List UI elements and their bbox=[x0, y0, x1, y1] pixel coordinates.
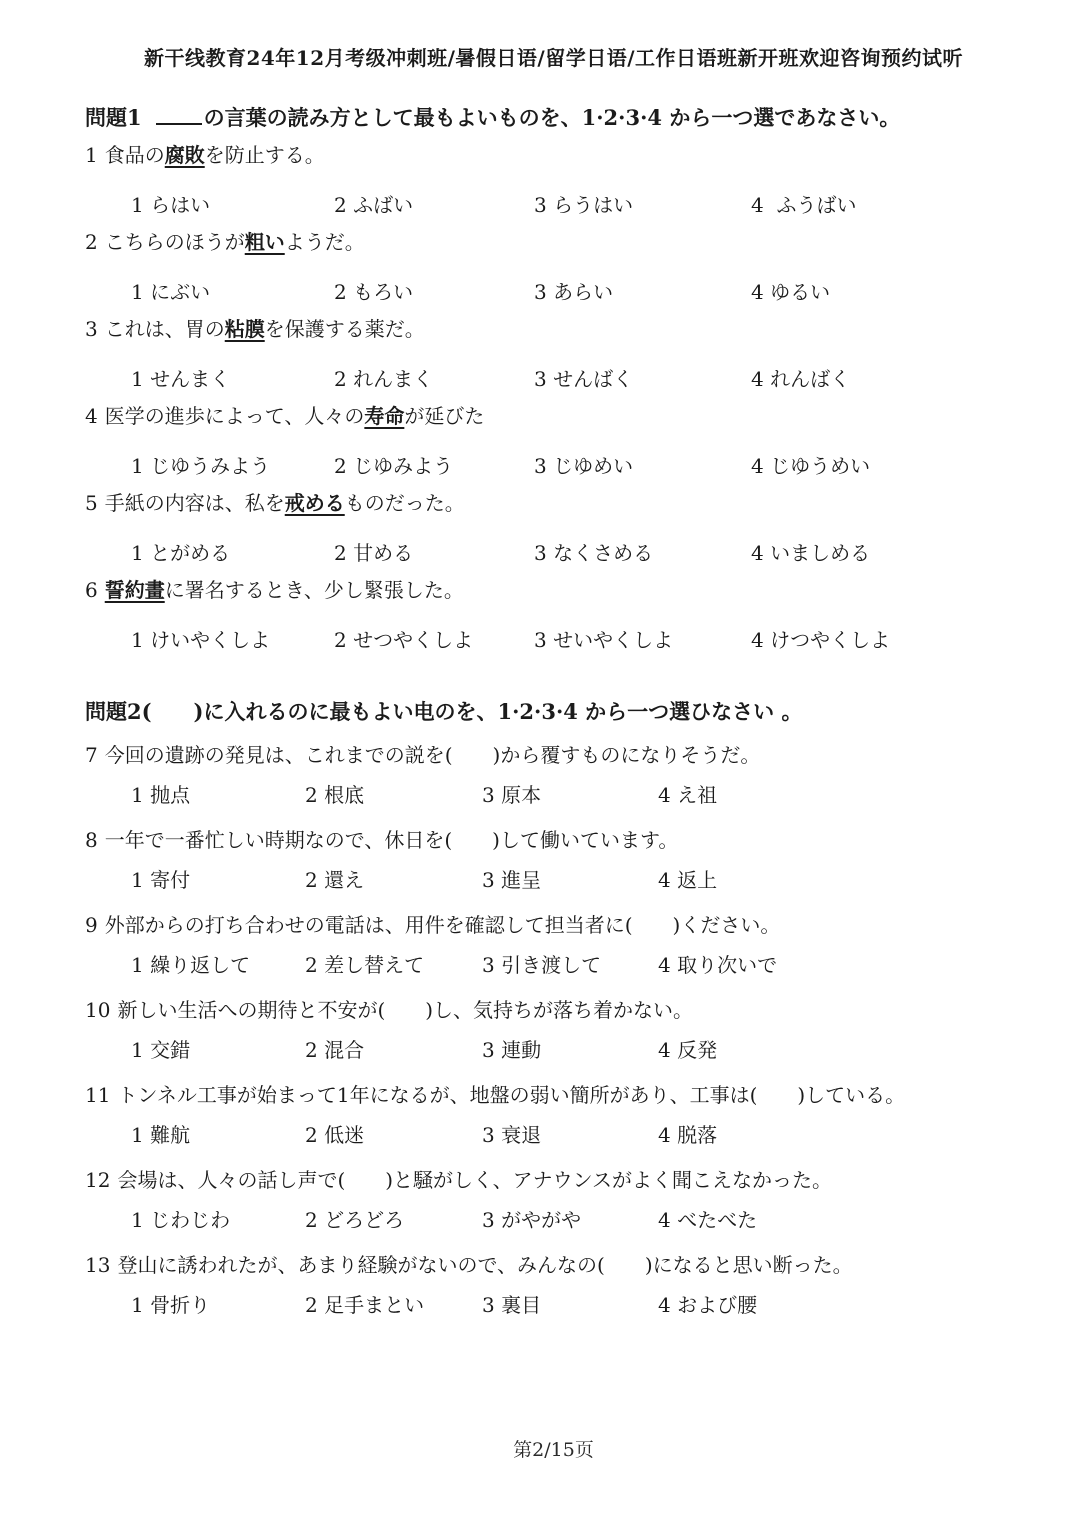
option-4: 4 ゆるい bbox=[751, 278, 1022, 306]
option-4: 4 けつやくしよ bbox=[751, 626, 1022, 654]
option-1: 1 らはい bbox=[131, 191, 334, 219]
answer-options: 1 とがめる 2 甘める 3 なくさめる 4 いましめる bbox=[85, 539, 1022, 567]
option-4: 4 いましめる bbox=[751, 539, 1022, 567]
answer-options: 1 骨折り 2 足手まとい 3 裏目 4 および腰 bbox=[85, 1291, 1022, 1319]
stem-text: 食品の bbox=[105, 143, 165, 167]
option-3: 3 なくさめる bbox=[534, 539, 751, 567]
question-2: 2こちらのほうが粗いようだ。 1 にぶい 2 もろい 3 あらい 4 ゆるい bbox=[85, 228, 1022, 306]
question-number: 11 bbox=[85, 1083, 110, 1107]
question-7: 7今回の遺跡の発見は、これまでの説を( )から覆すものになりそうだ。 1 抛点 … bbox=[85, 741, 1022, 809]
option-2: 2 もろい bbox=[334, 278, 534, 306]
answer-options: 1 せんまく 2 れんまく 3 せんばく 4 れんばく bbox=[85, 365, 1022, 393]
option-1: 1 抛点 bbox=[131, 781, 305, 809]
option-3: 3 せいやくしよ bbox=[534, 626, 751, 654]
title-blank-underline bbox=[156, 119, 202, 125]
option-3: 3 衰退 bbox=[482, 1121, 658, 1149]
section1-questions: 1食品の腐敗を防止する。 1 らはい 2 ふばい 3 らうはい 4 ふうばい 2… bbox=[85, 141, 1022, 663]
question-11: 11トンネル工事が始まって1年になるが、地盤の弱い簡所があり、工事は( )してい… bbox=[85, 1081, 1022, 1149]
answer-options: 1 けいやくしよ 2 せつやくしよ 3 せいやくしよ 4 けつやくしよ bbox=[85, 626, 1022, 654]
question-stem: 12会場は、人々の話し声で( )と騒がしく、アナウンスがよく聞こえなかった。 bbox=[85, 1166, 1022, 1194]
option-3: 3 がやがや bbox=[482, 1206, 658, 1234]
stem-underlined-word: 寿命 bbox=[364, 404, 404, 428]
section1-title-label: 問題1 bbox=[85, 105, 142, 130]
stem-text: 登山に誘われたが、あまり経験がないので、みんなの( )になると思い断った。 bbox=[117, 1253, 852, 1277]
question-stem: 7今回の遺跡の発見は、これまでの説を( )から覆すものになりそうだ。 bbox=[85, 741, 1022, 769]
question-number: 8 bbox=[85, 828, 98, 852]
answer-options: 1 にぶい 2 もろい 3 あらい 4 ゆるい bbox=[85, 278, 1022, 306]
stem-text: 一年で一番忙しい時期なので、休日を( )して働いています。 bbox=[105, 828, 679, 852]
option-1: 1 難航 bbox=[131, 1121, 305, 1149]
question-6: 6誓約畫に署名するとき、少し緊張した。 1 けいやくしよ 2 せつやくしよ 3 … bbox=[85, 576, 1022, 654]
stem-text: こちらのほうが bbox=[105, 230, 245, 254]
option-2: 2 ふばい bbox=[334, 191, 534, 219]
option-4: 4 れんばく bbox=[751, 365, 1022, 393]
question-9: 9外部からの打ち合わせの電話は、用件を確認して担当者に( )ください。 1 繰り… bbox=[85, 911, 1022, 979]
question-stem: 5手紙の内容は、私を戒めるものだった。 bbox=[85, 489, 1022, 517]
stem-text: を防止する。 bbox=[205, 143, 325, 167]
option-3: 3 進呈 bbox=[482, 866, 658, 894]
option-2: 2 根底 bbox=[305, 781, 482, 809]
question-13: 13登山に誘われたが、あまり経験がないので、みんなの( )になると思い断った。 … bbox=[85, 1251, 1022, 1319]
question-10: 10新しい生活への期待と不安が( )し、気持ちが落ち着かない。 1 交錯 2 混… bbox=[85, 996, 1022, 1064]
option-3: 3 引き渡して bbox=[482, 951, 658, 979]
section2-title: 問題2( )に入れるのに最もよい电のを、1·2·3·4 から一つ選ひなさい 。 bbox=[85, 698, 1022, 726]
stem-underlined-word: 腐敗 bbox=[165, 143, 205, 167]
option-2: 2 低迷 bbox=[305, 1121, 482, 1149]
option-1: 1 とがめる bbox=[131, 539, 334, 567]
answer-options: 1 らはい 2 ふばい 3 らうはい 4 ふうばい bbox=[85, 191, 1022, 219]
stem-text: 外部からの打ち合わせの電話は、用件を確認して担当者に( )ください。 bbox=[105, 913, 781, 937]
option-1: 1 にぶい bbox=[131, 278, 334, 306]
stem-text: 手紙の内容は、私を bbox=[105, 491, 285, 515]
stem-text: 今回の遺跡の発見は、これまでの説を( )から覆すものになりそうだ。 bbox=[105, 743, 761, 767]
option-1: 1 せんまく bbox=[131, 365, 334, 393]
question-stem: 8一年で一番忙しい時期なので、休日を( )して働いています。 bbox=[85, 826, 1022, 854]
stem-text: ものだった。 bbox=[345, 491, 465, 515]
option-4: 4 および腰 bbox=[658, 1291, 1022, 1319]
question-number: 1 bbox=[85, 143, 98, 167]
stem-underlined-word: 粘膜 bbox=[225, 317, 265, 341]
option-4: 4 ふうばい bbox=[751, 191, 1022, 219]
answer-options: 1 じゆうみよう 2 じゆみよう 3 じゆめい 4 じゆうめい bbox=[85, 452, 1022, 480]
question-number: 13 bbox=[85, 1253, 110, 1277]
stem-text: これは、胃の bbox=[105, 317, 225, 341]
stem-text: 新しい生活への期待と不安が( )し、気持ちが落ち着かない。 bbox=[117, 998, 693, 1022]
option-3: 3 らうはい bbox=[534, 191, 751, 219]
question-number: 12 bbox=[85, 1168, 110, 1192]
option-1: 1 けいやくしよ bbox=[131, 626, 334, 654]
option-1: 1 交錯 bbox=[131, 1036, 305, 1064]
answer-options: 1 交錯 2 混合 3 連動 4 反発 bbox=[85, 1036, 1022, 1064]
option-4: 4 じゆうめい bbox=[751, 452, 1022, 480]
stem-text: トンネル工事が始まって1年になるが、地盤の弱い簡所があり、工事は( )している。 bbox=[117, 1083, 905, 1107]
option-2: 2 れんまく bbox=[334, 365, 534, 393]
option-2: 2 混合 bbox=[305, 1036, 482, 1064]
option-1: 1 じわじわ bbox=[131, 1206, 305, 1234]
answer-options: 1 難航 2 低迷 3 衰退 4 脱落 bbox=[85, 1121, 1022, 1149]
answer-options: 1 繰り返して 2 差し替えて 3 引き渡して 4 取り次いで bbox=[85, 951, 1022, 979]
option-3: 3 原本 bbox=[482, 781, 658, 809]
section2-questions: 7今回の遺跡の発見は、これまでの説を( )から覆すものになりそうだ。 1 抛点 … bbox=[85, 741, 1022, 1336]
page-number: 第2/15页 bbox=[85, 1436, 1022, 1526]
question-1: 1食品の腐敗を防止する。 1 らはい 2 ふばい 3 らうはい 4 ふうばい bbox=[85, 141, 1022, 219]
stem-text: ようだ。 bbox=[285, 230, 365, 254]
option-3: 3 連動 bbox=[482, 1036, 658, 1064]
option-2: 2 差し替えて bbox=[305, 951, 482, 979]
question-number: 5 bbox=[85, 491, 98, 515]
question-stem: 13登山に誘われたが、あまり経験がないので、みんなの( )になると思い断った。 bbox=[85, 1251, 1022, 1279]
option-2: 2 どろどろ bbox=[305, 1206, 482, 1234]
question-number: 7 bbox=[85, 743, 98, 767]
option-2: 2 足手まとい bbox=[305, 1291, 482, 1319]
stem-underlined-word: 粗い bbox=[245, 230, 285, 254]
question-number: 4 bbox=[85, 404, 98, 428]
stem-text: を保護する薬だ。 bbox=[265, 317, 425, 341]
question-stem: 10新しい生活への期待と不安が( )し、気持ちが落ち着かない。 bbox=[85, 996, 1022, 1024]
document-header: 新干线教育24年12月考级冲刺班/暑假日语/留学日语/工作日语班新开班欢迎咨询预… bbox=[85, 44, 1022, 72]
question-number: 6 bbox=[85, 578, 98, 602]
answer-options: 1 寄付 2 還え 3 進呈 4 返上 bbox=[85, 866, 1022, 894]
question-stem: 4医学の進歩によって、人々の寿命が延びた bbox=[85, 402, 1022, 430]
option-2: 2 じゆみよう bbox=[334, 452, 534, 480]
option-1: 1 繰り返して bbox=[131, 951, 305, 979]
question-stem: 3これは、胃の粘膜を保護する薬だ。 bbox=[85, 315, 1022, 343]
option-4: 4 取り次いで bbox=[658, 951, 1022, 979]
question-5: 5手紙の内容は、私を戒めるものだった。 1 とがめる 2 甘める 3 なくさめる… bbox=[85, 489, 1022, 567]
option-4: 4 え祖 bbox=[658, 781, 1022, 809]
question-4: 4医学の進歩によって、人々の寿命が延びた 1 じゆうみよう 2 じゆみよう 3 … bbox=[85, 402, 1022, 480]
option-4: 4 べたべた bbox=[658, 1206, 1022, 1234]
option-1: 1 骨折り bbox=[131, 1291, 305, 1319]
question-number: 10 bbox=[85, 998, 110, 1022]
section1-title: 問題1の言葉の読み方として最もよいものを、1·2·3·4 から一つ選であなさい。 bbox=[85, 104, 1022, 132]
question-number: 2 bbox=[85, 230, 98, 254]
section1-title-text: の言葉の読み方として最もよいものを、1·2·3·4 から一つ選であなさい。 bbox=[204, 105, 901, 130]
stem-underlined-word: 戒める bbox=[285, 491, 345, 515]
question-stem: 2こちらのほうが粗いようだ。 bbox=[85, 228, 1022, 256]
answer-options: 1 抛点 2 根底 3 原本 4 え祖 bbox=[85, 781, 1022, 809]
stem-underlined-word: 誓約畫 bbox=[105, 578, 165, 602]
option-2: 2 還え bbox=[305, 866, 482, 894]
question-stem: 6誓約畫に署名するとき、少し緊張した。 bbox=[85, 576, 1022, 604]
stem-text: 会場は、人々の話し声で( )と騒がしく、アナウンスがよく聞こえなかった。 bbox=[117, 1168, 832, 1192]
option-3: 3 せんばく bbox=[534, 365, 751, 393]
stem-text: が延びた bbox=[404, 404, 484, 428]
question-number: 9 bbox=[85, 913, 98, 937]
answer-options: 1 じわじわ 2 どろどろ 3 がやがや 4 べたべた bbox=[85, 1206, 1022, 1234]
question-stem: 11トンネル工事が始まって1年になるが、地盤の弱い簡所があり、工事は( )してい… bbox=[85, 1081, 1022, 1109]
stem-text: 医学の進歩によって、人々の bbox=[105, 404, 365, 428]
option-3: 3 あらい bbox=[534, 278, 751, 306]
option-3: 3 じゆめい bbox=[534, 452, 751, 480]
option-1: 1 じゆうみよう bbox=[131, 452, 334, 480]
option-3: 3 裏目 bbox=[482, 1291, 658, 1319]
question-8: 8一年で一番忙しい時期なので、休日を( )して働いています。 1 寄付 2 還え… bbox=[85, 826, 1022, 894]
question-stem: 1食品の腐敗を防止する。 bbox=[85, 141, 1022, 169]
question-stem: 9外部からの打ち合わせの電話は、用件を確認して担当者に( )ください。 bbox=[85, 911, 1022, 939]
option-4: 4 反発 bbox=[658, 1036, 1022, 1064]
question-number: 3 bbox=[85, 317, 98, 341]
option-2: 2 せつやくしよ bbox=[334, 626, 534, 654]
document-page: 新干线教育24年12月考级冲刺班/暑假日语/留学日语/工作日语班新开班欢迎咨询预… bbox=[0, 0, 1080, 1526]
question-3: 3これは、胃の粘膜を保護する薬だ。 1 せんまく 2 れんまく 3 せんばく 4… bbox=[85, 315, 1022, 393]
option-1: 1 寄付 bbox=[131, 866, 305, 894]
option-4: 4 脱落 bbox=[658, 1121, 1022, 1149]
option-4: 4 返上 bbox=[658, 866, 1022, 894]
stem-text: に署名するとき、少し緊張した。 bbox=[165, 578, 464, 602]
option-2: 2 甘める bbox=[334, 539, 534, 567]
question-12: 12会場は、人々の話し声で( )と騒がしく、アナウンスがよく聞こえなかった。 1… bbox=[85, 1166, 1022, 1234]
